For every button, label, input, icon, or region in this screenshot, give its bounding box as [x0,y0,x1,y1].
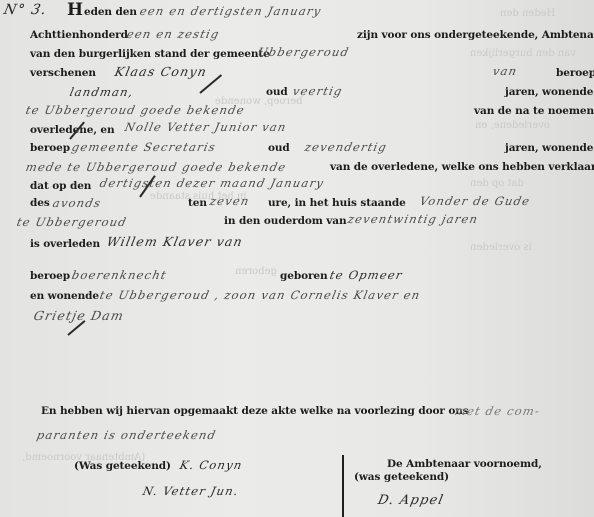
printed-closing: En hebben wij hiervan opgemaakt deze akt… [41,405,469,417]
printed-line-11: des [30,197,50,209]
bleed-through-text: geboren [235,266,277,277]
printed-line-12-right: in den ouderdom van [224,215,347,227]
handwritten-house: Vonder de Gude [419,194,532,208]
printed-was-geteekend-left: (Was geteekend) [74,460,171,472]
handwritten-declarant2-occupation: gemeente Secretaris [71,140,218,154]
printed-line-4-right: beroep [556,67,594,79]
handwritten-municipality: Ubbergeroud [257,45,351,59]
printed-line-14: beroep [30,270,70,282]
printed-ambtenaar: De Ambtenaar voornoemd, [387,458,542,470]
handwritten-residence-parents: te Ubbergeroud , zoon van Cornelis Klave… [99,288,422,302]
handwritten-deceased-name: Willem Klaver van [105,234,244,249]
record-number: N° 3. [2,2,48,18]
printed-line-8: beroep [30,142,70,154]
bleed-through-text: Heden den [500,8,555,19]
printed-line-8-right: jaren, wonende [505,142,593,154]
printed-line-1: eden den [84,6,137,18]
signature-declarant-2: N. Vetter Jun. [142,484,241,498]
handwritten-mother: Grietje Dam [32,308,125,323]
handwritten-time-of-day: avonds [52,196,103,210]
printed-line-15: en wonende [30,290,99,302]
handwritten-declarant1-age: veertig [292,84,345,98]
signature-official: D. Appel [376,493,445,508]
handwritten-birthplace: te Opmeer [329,268,405,282]
handwritten-declarant2-residence: mede te Ubbergeroud goede bekende [25,160,288,174]
printed-ten: ten [188,197,207,209]
printed-line-10: dat op den [30,180,91,192]
printed-oud-1: oud [266,86,288,98]
signature-divider [342,455,344,517]
bleed-through-text: van den burgerlijken [470,48,576,59]
bleed-through-text: is overleden [470,242,532,253]
printed-line-11-right: ure, in het huis staande [268,197,406,209]
handwritten-age-deceased: zeventwintig jaren [347,212,480,226]
handwritten-declarant1-van: van [492,64,519,78]
handwritten-declarant1-occupation: landman, [69,85,136,99]
printed-line-6-right: van de na te noemen [474,105,594,117]
bleed-through-text: dat op den [470,178,524,189]
bleed-through-text: overledene, en [475,120,550,131]
printed-line-2-right: zijn voor ons ondergeteekende, Ambtenaar [357,29,594,41]
handwritten-declarant2-name: Nolle Vetter Junior van [124,120,289,134]
signature-declarant-1: K. Conyn [179,458,245,472]
printed-was-geteekend-right: (was geteekend) [354,471,449,483]
printed-line-4: verschenen [30,67,96,79]
printed-geboren: geboren [280,270,328,282]
handwritten-closing-addition-1: met de com- [454,404,542,418]
civil-death-record-page: Heden den van den burgerlijken beroep, w… [0,0,594,517]
handwritten-closing-addition-2: paranten is onderteekend [36,428,218,442]
handwritten-declarant1-name: Klaas Conyn [113,64,208,79]
handwritten-declarant1-residence: te Ubbergeroud goede bekende [25,103,247,117]
handwritten-year: een en zestig [126,27,222,41]
handwritten-deceased-occupation: boerenknecht [71,268,169,282]
handwritten-date-day: een en dertigsten January [139,4,323,18]
printed-oud-2: oud [268,142,290,154]
handwritten-house-location: te Ubbergeroud [16,215,129,229]
printed-line-13: is overleden [30,238,100,250]
printed-line-5-right: jaren, wonende [505,86,593,98]
handwritten-hour: zeven [209,194,252,208]
handwritten-death-date: dertigsten dezer maand January [99,176,326,190]
printed-line-2: Achttienhonderd [30,29,128,41]
printed-line-3: van den burgerlijken stand der gemeente [30,48,270,60]
handwritten-declarant2-age: zevendertig [304,140,389,154]
printed-line-9-right: van de overledene, welke ons hebben verk… [330,161,594,173]
big-initial: H [67,0,83,20]
